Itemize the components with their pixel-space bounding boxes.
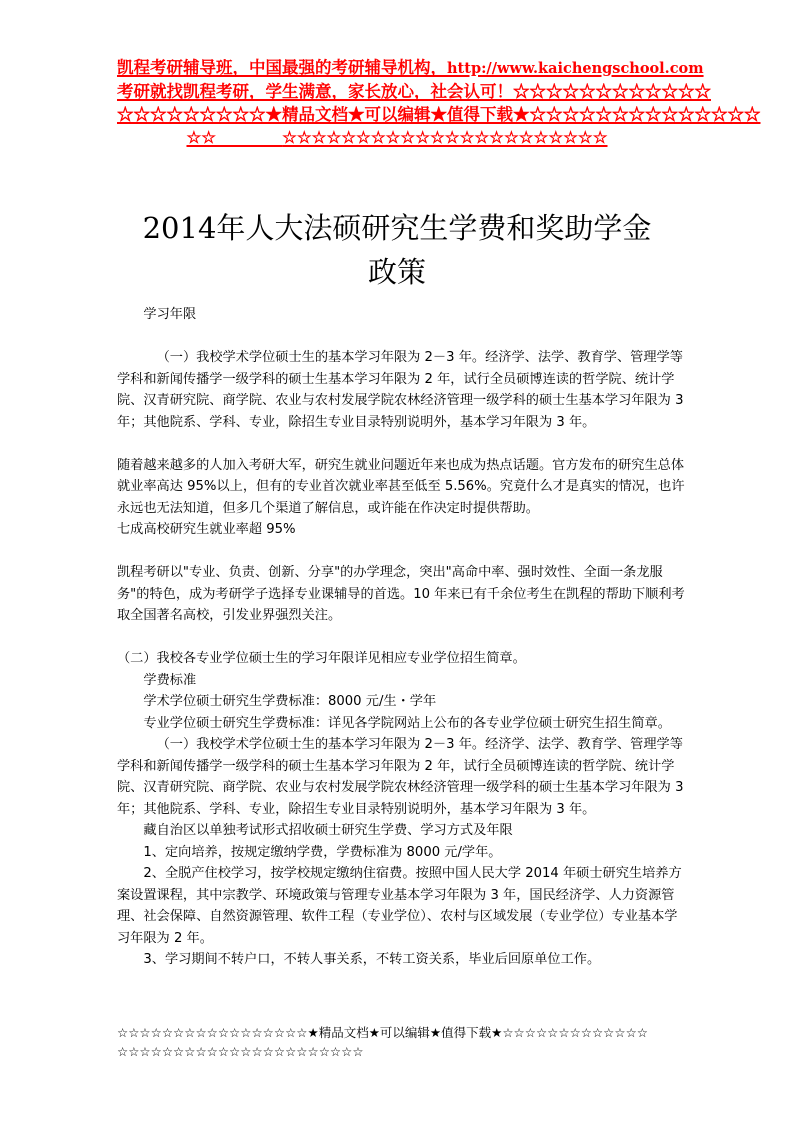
employment-subheading: 七成高校研究生就业率超 95% (117, 519, 687, 541)
fee-heading: 学费标准 (117, 670, 687, 692)
footer-line-2: ☆☆☆☆☆☆☆☆☆☆☆☆☆☆☆☆☆☆☆☆☆☆ (117, 1042, 687, 1061)
title-line-1: 2014年人大法硕研究生学费和奖助学金 (143, 211, 652, 245)
study-years-heading: 学习年限 (117, 304, 687, 326)
document-page: 凯程考研辅导班，中国最强的考研辅导机构，http://www.kaichengs… (117, 56, 677, 149)
spacer (117, 627, 687, 649)
paragraph-study-years-2: （一）我校学术学位硕士生的基本学习年限为 2－3 年。经济学、法学、教育学、管理… (117, 734, 687, 820)
title-line-2: 政策 (368, 255, 426, 289)
banner-url-link[interactable]: http://www.kaichengschool.com (447, 60, 704, 77)
fee-academic: 学术学位硕士研究生学费标准：8000 元/生・学年 (117, 691, 687, 713)
banner-line-4-left-stars[interactable]: ☆☆ (186, 128, 216, 147)
spacer (117, 541, 687, 563)
banner-line-4[interactable]: ☆☆☆☆☆☆☆☆☆☆☆☆☆☆☆☆☆☆☆☆☆☆☆☆ (117, 126, 677, 149)
spacer (117, 433, 687, 455)
document-body: 学习年限 （一）我校学术学位硕士生的基本学习年限为 2－3 年。经济学、法学、教… (117, 304, 687, 971)
paragraph-employment: 随着越来越多的人加入考研大军，研究生就业问题近年来也成为热点话题。官方发布的研究… (117, 455, 687, 520)
banner-line-4-right-stars[interactable]: ☆☆☆☆☆☆☆☆☆☆☆☆☆☆☆☆☆☆☆☆☆☆ (282, 128, 607, 147)
promo-banner: 凯程考研辅导班，中国最强的考研辅导机构，http://www.kaichengs… (117, 56, 677, 149)
paragraph-study-years-1: （一）我校学术学位硕士生的基本学习年限为 2－3 年。经济学、法学、教育学、管理… (117, 347, 687, 433)
banner-line-3[interactable]: ☆☆☆☆☆☆☆☆☆★精品文档★可以编辑★值得下载★☆☆☆☆☆☆☆☆☆☆☆☆☆☆ (117, 103, 677, 126)
tibet-item-1: 1、定向培养，按规定缴纳学费，学费标准为 8000 元/学年。 (117, 842, 687, 864)
page-title: 2014年人大法硕研究生学费和奖助学金 政策 (113, 206, 681, 294)
banner-underline-gap (216, 144, 282, 147)
footer-stars: ☆☆☆☆☆☆☆☆☆☆☆☆☆☆☆☆☆★精品文档★可以编辑★值得下载★☆☆☆☆☆☆☆… (117, 1023, 687, 1061)
spacer (117, 326, 687, 348)
tibet-item-3: 3、学习期间不转户口，不转人事关系，不转工资关系，毕业后回原单位工作。 (117, 949, 687, 971)
paragraph-kaicheng-promo: 凯程考研以"专业、负责、创新、分享"的办学理念，突出"高命中率、强时效性、全面一… (117, 562, 687, 627)
tibet-item-2: 2、全脱产住校学习，按学校规定缴纳住宿费。按照中国人民大学 2014 年硕士研究… (117, 863, 687, 949)
banner-line-2[interactable]: 考研就找凯程考研，学生满意，家长放心，社会认可！☆☆☆☆☆☆☆☆☆☆☆☆ (117, 80, 677, 103)
banner-line-1[interactable]: 凯程考研辅导班，中国最强的考研辅导机构，http://www.kaichengs… (117, 56, 677, 80)
tibet-heading: 藏自治区以单独考试形式招收硕士研究生学费、学习方式及年限 (117, 820, 687, 842)
paragraph-professional-years: （二）我校各专业学位硕士生的学习年限详见相应专业学位招生简章。 (117, 648, 687, 670)
footer-line-1: ☆☆☆☆☆☆☆☆☆☆☆☆☆☆☆☆☆★精品文档★可以编辑★值得下载★☆☆☆☆☆☆☆… (117, 1023, 687, 1042)
banner-line-1-text[interactable]: 凯程考研辅导班，中国最强的考研辅导机构， (117, 58, 447, 77)
fee-professional: 专业学位硕士研究生学费标准：详见各学院网站上公布的各专业学位硕士研究生招生简章。 (117, 713, 687, 735)
